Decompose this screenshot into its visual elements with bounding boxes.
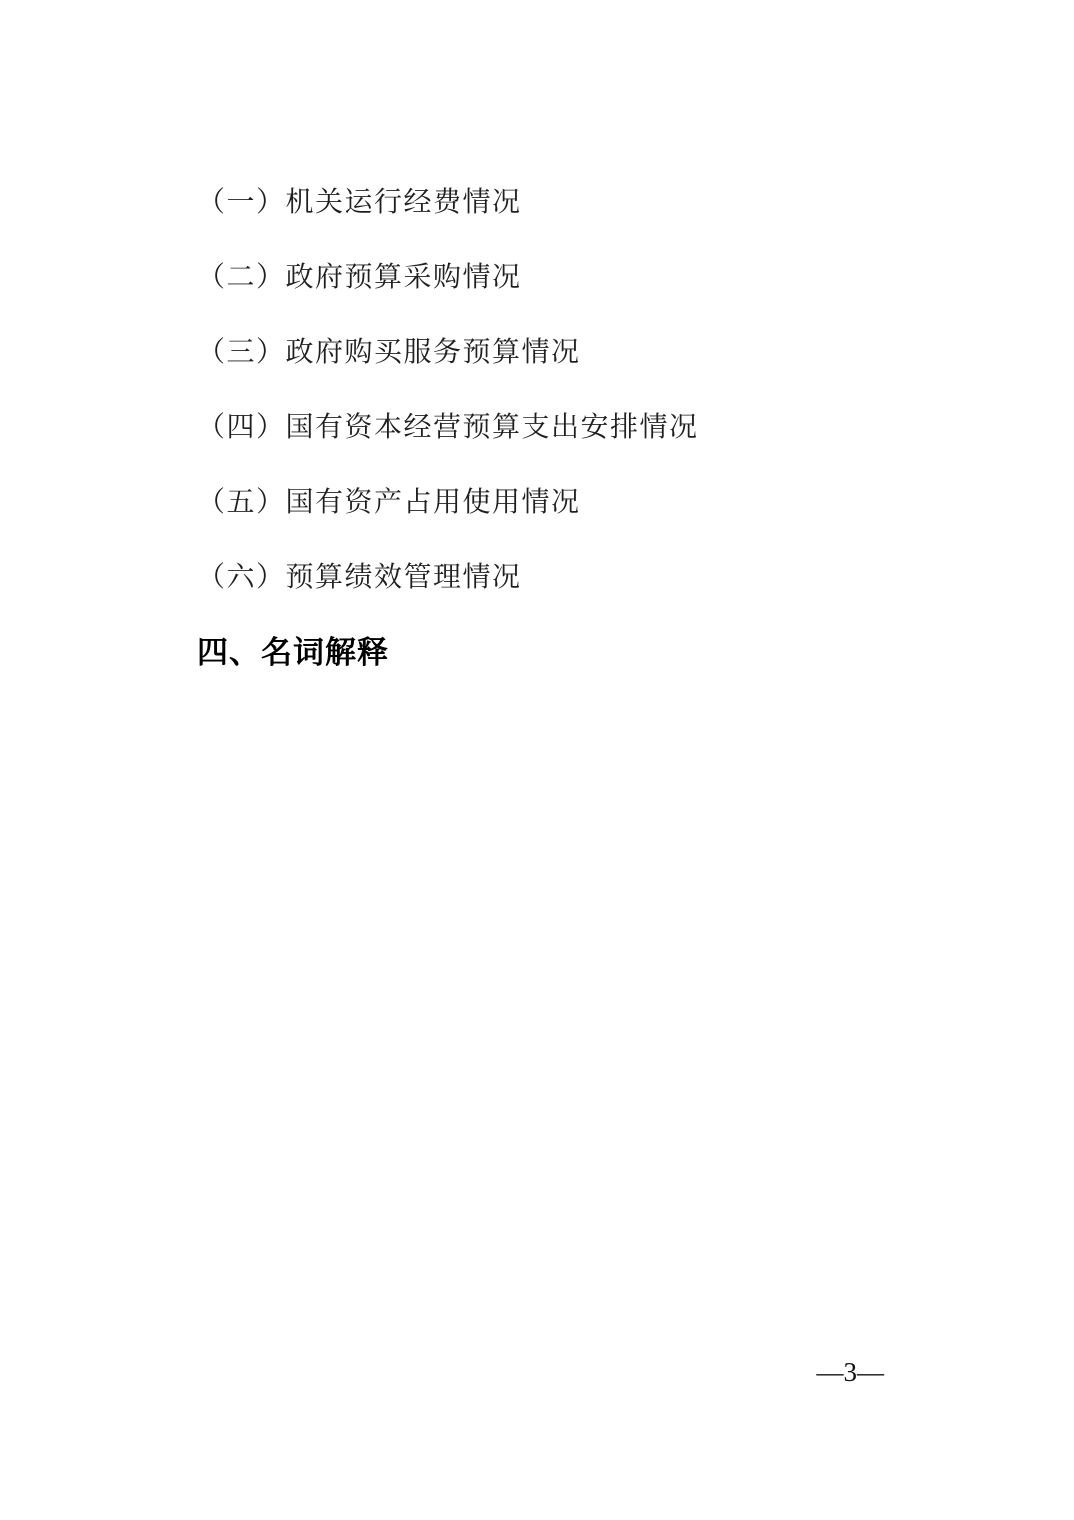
section-heading: 四、名词解释	[197, 615, 994, 691]
toc-item-3: （三）政府购买服务预算情况	[197, 315, 994, 390]
document-page: （一）机关运行经费情况 （二）政府预算采购情况 （三）政府购买服务预算情况 （四…	[0, 0, 1074, 1520]
toc-item-4: （四）国有资本经营预算支出安排情况	[197, 390, 994, 465]
toc-item-1: （一）机关运行经费情况	[197, 165, 994, 240]
toc-item-2: （二）政府预算采购情况	[197, 240, 994, 315]
toc-section: （一）机关运行经费情况 （二）政府预算采购情况 （三）政府购买服务预算情况 （四…	[197, 165, 994, 691]
toc-item-5: （五）国有资产占用使用情况	[197, 465, 994, 540]
toc-item-6: （六）预算绩效管理情况	[197, 540, 994, 615]
page-number: —3—	[817, 1352, 885, 1392]
